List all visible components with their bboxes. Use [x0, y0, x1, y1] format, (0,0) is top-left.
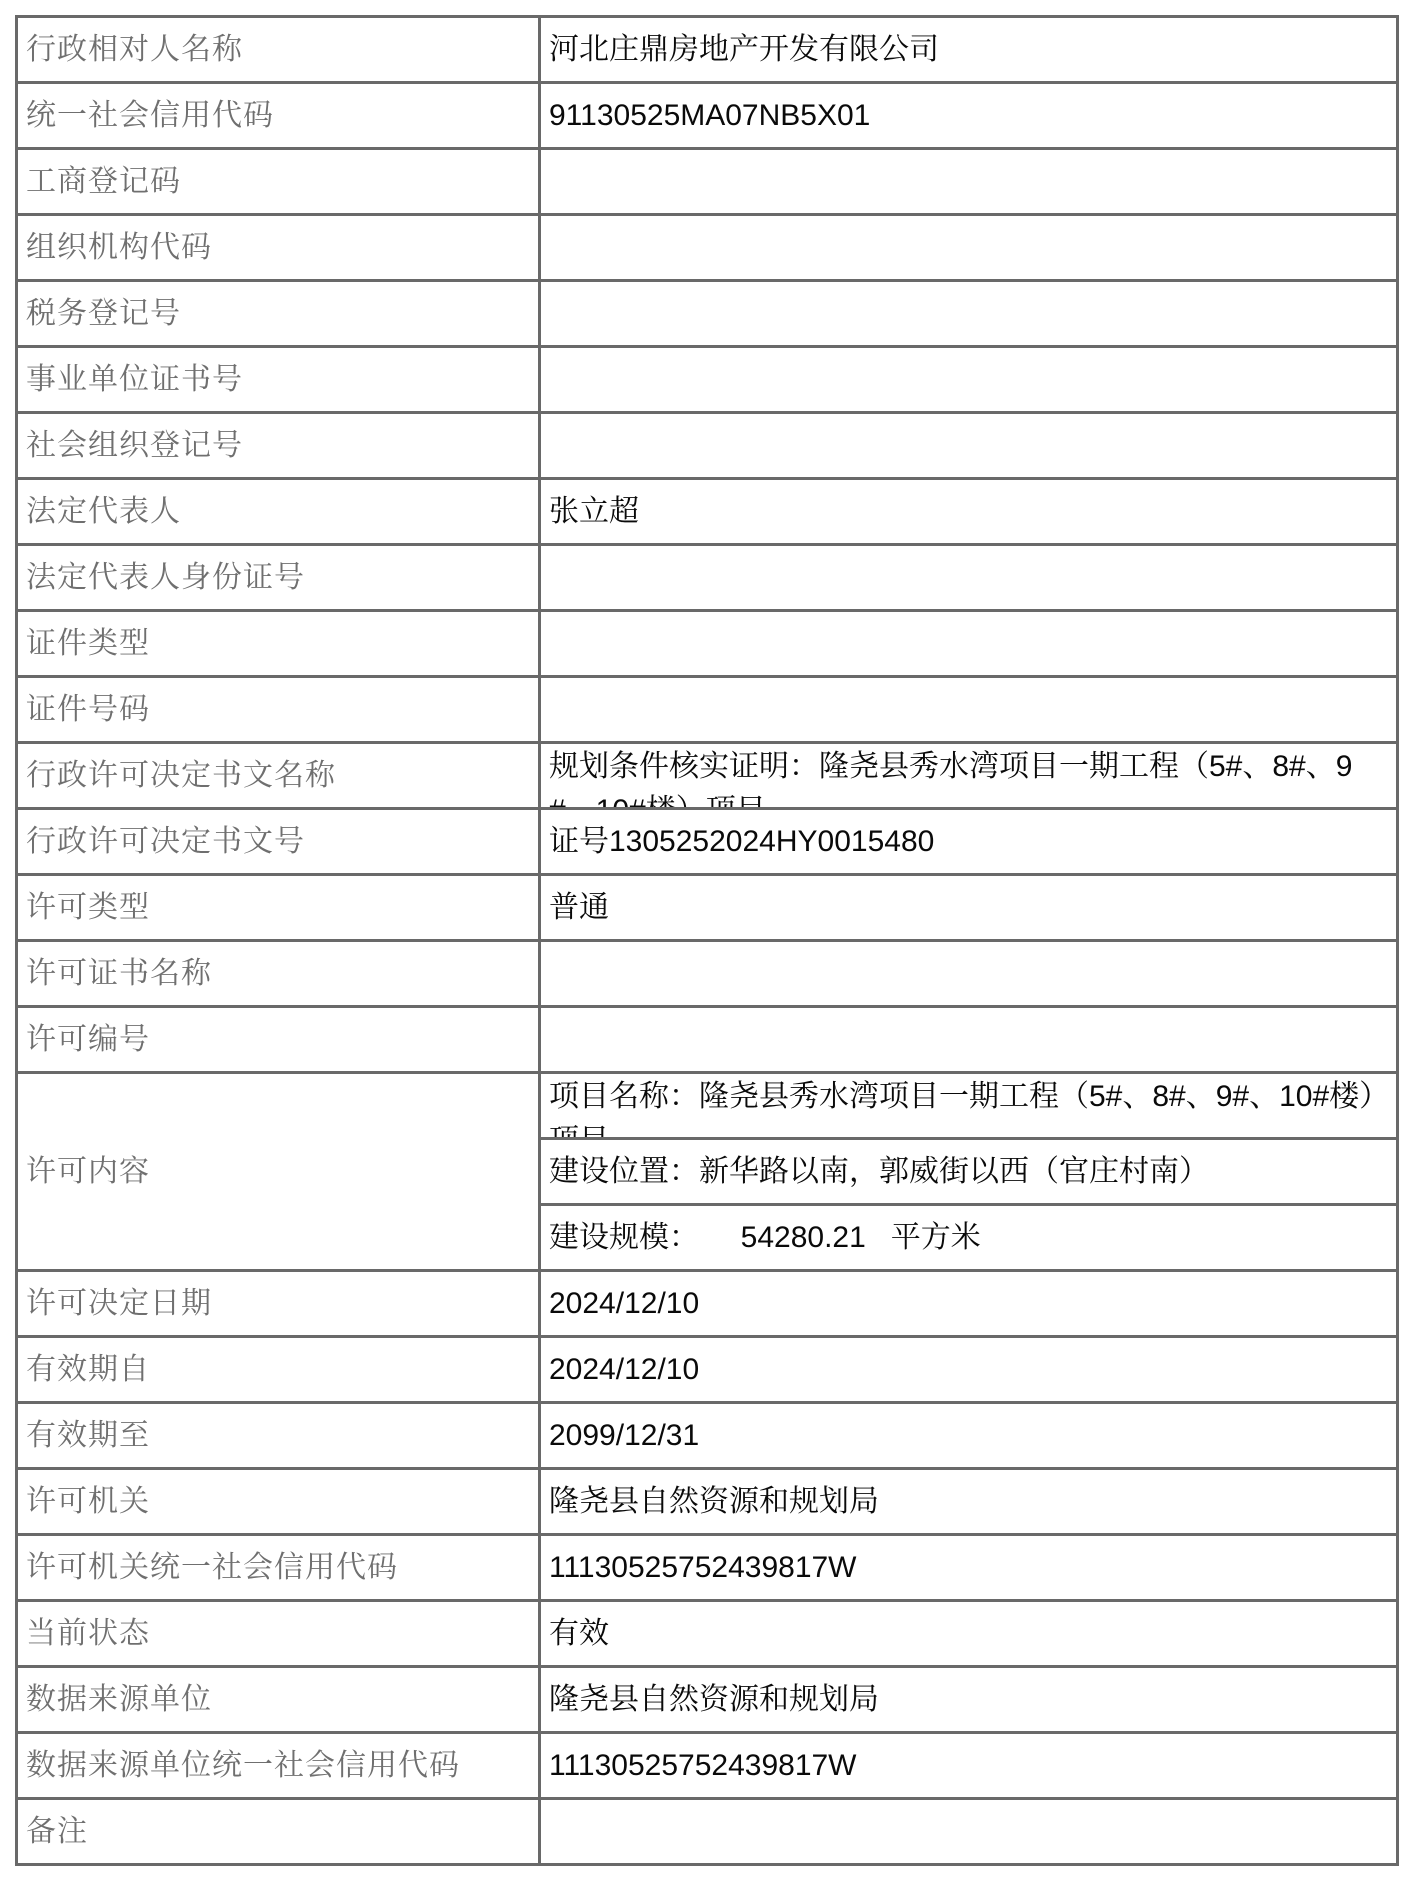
table-row: 有效期至 2099/12/31	[17, 1403, 1398, 1469]
row-label: 数据来源单位统一社会信用代码	[17, 1733, 540, 1799]
row-value	[540, 1007, 1398, 1073]
row-value-text: 11130525752439817W	[549, 1744, 1388, 1788]
row-label: 社会组织登记号	[17, 413, 540, 479]
table-row: 证件类型	[17, 611, 1398, 677]
table-row: 数据来源单位 隆尧县自然资源和规划局	[17, 1667, 1398, 1733]
table-row: 事业单位证书号	[17, 347, 1398, 413]
table-row: 备注	[17, 1799, 1398, 1865]
table-row: 行政许可决定书文名称 规划条件核实证明：隆尧县秀水湾项目一期工程（5#、8#、9…	[17, 743, 1398, 809]
row-value-text: 2099/12/31	[549, 1414, 1388, 1458]
row-value	[540, 149, 1398, 215]
row-value: 91130525MA07NB5X01	[540, 83, 1398, 149]
row-value	[540, 677, 1398, 743]
row-label: 许可决定日期	[17, 1271, 540, 1337]
row-value	[540, 413, 1398, 479]
row-value-text: 建设位置：新华路以南，郭威街以西（官庄村南）	[549, 1150, 1388, 1194]
table-row: 法定代表人 张立超	[17, 479, 1398, 545]
row-value: 张立超	[540, 479, 1398, 545]
table-row: 当前状态 有效	[17, 1601, 1398, 1667]
row-label: 统一社会信用代码	[17, 83, 540, 149]
row-value	[540, 545, 1398, 611]
row-value: 隆尧县自然资源和规划局	[540, 1667, 1398, 1733]
table-row: 法定代表人身份证号	[17, 545, 1398, 611]
row-label: 许可编号	[17, 1007, 540, 1073]
row-value-build-scale: 建设规模： 54280.21 平方米	[540, 1205, 1398, 1271]
row-value: 有效	[540, 1601, 1398, 1667]
table-row: 证件号码	[17, 677, 1398, 743]
row-value-text: 2024/12/10	[549, 1282, 1388, 1326]
row-value: 规划条件核实证明：隆尧县秀水湾项目一期工程（5#、8#、9#、10#楼）项目	[540, 743, 1398, 809]
table-row: 组织机构代码	[17, 215, 1398, 281]
row-label: 组织机构代码	[17, 215, 540, 281]
row-value-text: 建设规模： 54280.21 平方米	[549, 1216, 1388, 1260]
row-label: 法定代表人	[17, 479, 540, 545]
table-row: 数据来源单位统一社会信用代码 11130525752439817W	[17, 1733, 1398, 1799]
table-row: 许可机关统一社会信用代码 11130525752439817W	[17, 1535, 1398, 1601]
row-value	[540, 941, 1398, 1007]
row-value-text: 河北庄鼎房地产开发有限公司	[549, 28, 1388, 72]
table-row: 行政许可决定书文号 证号1305252024HY0015480	[17, 809, 1398, 875]
row-value: 河北庄鼎房地产开发有限公司	[540, 17, 1398, 83]
table-row: 许可决定日期 2024/12/10	[17, 1271, 1398, 1337]
row-value	[540, 281, 1398, 347]
row-value: 11130525752439817W	[540, 1733, 1398, 1799]
row-value	[540, 611, 1398, 677]
row-label: 备注	[17, 1799, 540, 1865]
table-row: 许可机关 隆尧县自然资源和规划局	[17, 1469, 1398, 1535]
row-value: 普通	[540, 875, 1398, 941]
row-label: 许可类型	[17, 875, 540, 941]
row-value-text: 2024/12/10	[549, 1348, 1388, 1392]
row-label: 当前状态	[17, 1601, 540, 1667]
row-label: 数据来源单位	[17, 1667, 540, 1733]
row-value: 2024/12/10	[540, 1271, 1398, 1337]
row-label: 许可证书名称	[17, 941, 540, 1007]
table-row: 税务登记号	[17, 281, 1398, 347]
row-label: 证件号码	[17, 677, 540, 743]
row-value-text: 91130525MA07NB5X01	[549, 94, 1388, 138]
table-row: 工商登记码	[17, 149, 1398, 215]
row-value-text: 隆尧县自然资源和规划局	[549, 1480, 1388, 1524]
table-row: 许可类型 普通	[17, 875, 1398, 941]
row-value-text: 规划条件核实证明：隆尧县秀水湾项目一期工程（5#、8#、9#、10#楼）项目	[549, 745, 1388, 807]
table-row: 许可编号	[17, 1007, 1398, 1073]
row-label: 税务登记号	[17, 281, 540, 347]
row-label: 证件类型	[17, 611, 540, 677]
row-label: 有效期自	[17, 1337, 540, 1403]
row-value: 证号1305252024HY0015480	[540, 809, 1398, 875]
row-value-text: 项目名称：隆尧县秀水湾项目一期工程（5#、8#、9#、10#楼）项目	[549, 1075, 1388, 1137]
row-label: 行政相对人名称	[17, 17, 540, 83]
row-value: 2099/12/31	[540, 1403, 1398, 1469]
row-label: 许可机关	[17, 1469, 540, 1535]
row-value-text: 张立超	[549, 490, 1388, 534]
row-value: 11130525752439817W	[540, 1535, 1398, 1601]
row-label: 法定代表人身份证号	[17, 545, 540, 611]
row-value-text: 隆尧县自然资源和规划局	[549, 1678, 1388, 1722]
table-row-permit-content: 许可内容 项目名称：隆尧县秀水湾项目一期工程（5#、8#、9#、10#楼）项目	[17, 1073, 1398, 1139]
row-label: 行政许可决定书文号	[17, 809, 540, 875]
row-value: 隆尧县自然资源和规划局	[540, 1469, 1398, 1535]
row-value-text: 11130525752439817W	[549, 1546, 1388, 1590]
row-label: 有效期至	[17, 1403, 540, 1469]
row-value-text: 证号1305252024HY0015480	[549, 820, 1388, 864]
row-value: 2024/12/10	[540, 1337, 1398, 1403]
row-value	[540, 1799, 1398, 1865]
row-label: 许可内容	[17, 1073, 540, 1271]
row-value	[540, 215, 1398, 281]
row-value-project-name: 项目名称：隆尧县秀水湾项目一期工程（5#、8#、9#、10#楼）项目	[540, 1073, 1398, 1139]
table-row: 社会组织登记号	[17, 413, 1398, 479]
row-value-build-location: 建设位置：新华路以南，郭威街以西（官庄村南）	[540, 1139, 1398, 1205]
row-value-text: 有效	[549, 1612, 1388, 1656]
row-value	[540, 347, 1398, 413]
table-row: 统一社会信用代码 91130525MA07NB5X01	[17, 83, 1398, 149]
table-row: 许可证书名称	[17, 941, 1398, 1007]
row-label: 行政许可决定书文名称	[17, 743, 540, 809]
license-record-page: 行政相对人名称 河北庄鼎房地产开发有限公司 统一社会信用代码 91130525M…	[0, 0, 1414, 1880]
table-row: 行政相对人名称 河北庄鼎房地产开发有限公司	[17, 17, 1398, 83]
table-row: 有效期自 2024/12/10	[17, 1337, 1398, 1403]
license-table: 行政相对人名称 河北庄鼎房地产开发有限公司 统一社会信用代码 91130525M…	[15, 15, 1399, 1866]
row-label: 事业单位证书号	[17, 347, 540, 413]
row-label: 许可机关统一社会信用代码	[17, 1535, 540, 1601]
row-label: 工商登记码	[17, 149, 540, 215]
row-value-text: 普通	[549, 886, 1388, 930]
